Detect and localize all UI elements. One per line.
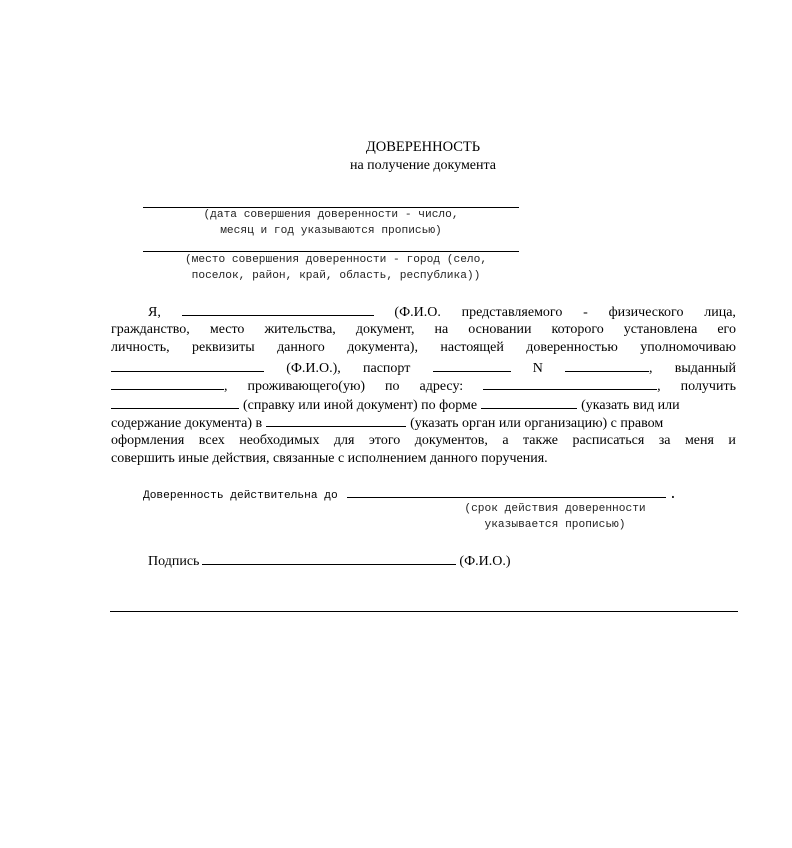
body-line-2: гражданство, место жительства, документ,… bbox=[111, 321, 736, 339]
body-text: этого bbox=[369, 432, 400, 450]
validity-note: (срок действия доверенности указывается … bbox=[400, 502, 710, 533]
body-text: расписаться bbox=[572, 432, 644, 450]
body-text: , bbox=[224, 379, 228, 394]
body-line-5: , проживающего(ую) по адресу: , получить bbox=[111, 376, 736, 394]
body-text: , bbox=[649, 361, 653, 376]
body-text: настоящей bbox=[440, 339, 504, 357]
body-text: (указать орган или организацию) с правом bbox=[410, 415, 663, 433]
body-line-8: оформления всех необходимых для этого до… bbox=[111, 432, 736, 450]
place-field-note: (место совершения доверенности - город (… bbox=[148, 253, 524, 284]
body-text: а bbox=[502, 432, 508, 450]
validity-label: Доверенность действительна до bbox=[143, 490, 338, 502]
document-form-field[interactable] bbox=[481, 395, 577, 409]
signature-label: Подпись bbox=[148, 554, 199, 570]
body-line-6: (справку или иной документ) по форме (ук… bbox=[111, 395, 736, 413]
place-field-line[interactable] bbox=[143, 251, 519, 252]
body-line-4: (Ф.И.О.), паспорт N , выданный bbox=[111, 358, 736, 376]
body-text: данного bbox=[277, 339, 325, 357]
validity-note-line-1: (срок действия доверенности bbox=[400, 502, 710, 518]
signature-row: Подпись (Ф.И.О.) bbox=[148, 551, 511, 570]
body-text: лица, bbox=[704, 304, 736, 322]
body-text: - bbox=[583, 304, 588, 322]
issued-by-group: , bbox=[111, 376, 228, 396]
signature-suffix: (Ф.И.О.) bbox=[459, 554, 510, 570]
body-text: , bbox=[657, 379, 661, 394]
date-field-note: (дата совершения доверенности - число, м… bbox=[143, 208, 519, 239]
validity-end: . bbox=[669, 487, 677, 503]
validity-note-line-2: указывается прописью) bbox=[400, 518, 710, 534]
body-text: по bbox=[385, 378, 400, 396]
body-text: на bbox=[435, 321, 449, 339]
date-note-line-2: месяц и год указываются прописью) bbox=[143, 224, 519, 240]
document-subtitle: на получение документа bbox=[0, 158, 792, 174]
body-text: место bbox=[210, 321, 245, 339]
body-line-1: Я, (Ф.И.О. представляемого - физического… bbox=[148, 302, 736, 320]
body-text: и bbox=[728, 432, 736, 450]
body-text: проживающего(ую) bbox=[247, 378, 365, 396]
body-text: получить bbox=[681, 378, 736, 396]
body-text: представляемого bbox=[462, 304, 563, 322]
body-text: всех bbox=[199, 432, 225, 450]
body-text: уполномочиваю bbox=[640, 339, 736, 357]
body-text: физического bbox=[609, 304, 684, 322]
body-text: Я, bbox=[148, 304, 161, 322]
body-text: доверенностью bbox=[526, 339, 618, 357]
body-text: оформления bbox=[111, 432, 184, 450]
body-text: адресу: bbox=[420, 378, 464, 396]
body-text: меня bbox=[685, 432, 714, 450]
organization-field[interactable] bbox=[266, 413, 406, 427]
body-text: совершить иные действия, связанные с исп… bbox=[111, 450, 548, 468]
document-title: ДОВЕРЕННОСТЬ bbox=[0, 139, 792, 156]
passport-number-field[interactable] bbox=[565, 358, 649, 372]
body-text: которого bbox=[552, 321, 604, 339]
body-text: (Ф.И.О. bbox=[394, 304, 440, 322]
body-text: реквизиты bbox=[192, 339, 255, 357]
body-text: личность, bbox=[111, 339, 170, 357]
body-text: жительства, bbox=[264, 321, 335, 339]
principal-name-field[interactable] bbox=[182, 302, 374, 316]
body-line-9: совершить иные действия, связанные с исп… bbox=[111, 450, 736, 468]
address-field[interactable] bbox=[483, 376, 657, 390]
passport-series-field[interactable] bbox=[433, 358, 511, 372]
body-text: содержание документа) в bbox=[111, 415, 262, 433]
address-group: , bbox=[483, 376, 661, 396]
validity-row: Доверенность действительна до . bbox=[143, 486, 677, 503]
body-text: также bbox=[523, 432, 558, 450]
body-text: необходимых bbox=[239, 432, 319, 450]
body-text: основании bbox=[468, 321, 531, 339]
body-text: установлена bbox=[624, 321, 698, 339]
date-note-line-1: (дата совершения доверенности - число, bbox=[143, 208, 519, 224]
body-text: для bbox=[334, 432, 355, 450]
place-note-line-2: поселок, район, край, область, республик… bbox=[148, 269, 524, 285]
issued-by-field[interactable] bbox=[111, 376, 224, 390]
passport-number-group: , bbox=[565, 358, 653, 378]
body-line-7: содержание документа) в (указать орган и… bbox=[111, 413, 736, 431]
document-type-field[interactable] bbox=[111, 395, 239, 409]
bottom-divider bbox=[110, 611, 738, 612]
place-note-line-1: (место совершения доверенности - город (… bbox=[148, 253, 524, 269]
body-text: документ, bbox=[356, 321, 415, 339]
body-text: за bbox=[659, 432, 671, 450]
body-text: документа), bbox=[347, 339, 418, 357]
attorney-name-field[interactable] bbox=[111, 358, 264, 372]
body-text: его bbox=[717, 321, 736, 339]
body-line-3: личность, реквизиты данного документа), … bbox=[111, 339, 736, 357]
body-text: гражданство, bbox=[111, 321, 190, 339]
validity-date-field[interactable] bbox=[347, 486, 666, 498]
body-text: документов, bbox=[415, 432, 488, 450]
signature-field[interactable] bbox=[202, 551, 456, 565]
